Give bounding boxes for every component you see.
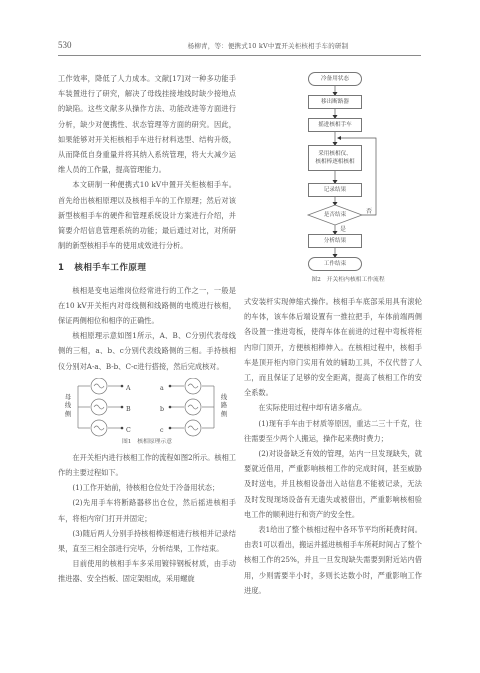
page-number: 530 bbox=[58, 40, 72, 50]
flow-node-decision: 是否结束 bbox=[316, 210, 354, 220]
paragraph: 在开关柜内进行核相工作的流程如图2所示。核相工作的主要过程如下。 bbox=[58, 450, 236, 480]
section-title: 核相手车工作原理 bbox=[74, 263, 146, 273]
flow-node-remove-breaker: 移出断路器 bbox=[308, 95, 362, 109]
section-number: 1 bbox=[58, 263, 64, 273]
flow-node-phase-check: 采用核相仪、 核相棒逐相核相 bbox=[308, 145, 362, 171]
paragraph: (3)随后两人分别手持核相棒逐相进行核相并记录结果，直至三相全部进行完毕，分析结… bbox=[58, 526, 236, 556]
running-title: 杨柳青，等：便携式10 kV中置开关柜核相手车的研制 bbox=[158, 41, 378, 50]
figure-2-caption: 图2 开关柜内核相工作流程 bbox=[278, 276, 418, 285]
row-b bbox=[78, 399, 214, 415]
yes-label: 是 bbox=[340, 224, 346, 233]
row-c bbox=[78, 420, 214, 436]
flow-node-analyze-results: 分析结果 bbox=[308, 234, 362, 248]
figure-1-phasing-principle: A B C a b c 母 线 侧 线 路 侧 图1 核相原理示意 bbox=[58, 378, 236, 450]
paragraph: 在实际使用过程中却有诸多痛点。 bbox=[244, 400, 422, 415]
line-phase-c: c bbox=[160, 423, 164, 438]
figure-1-caption: 图1 核相原理示意 bbox=[58, 438, 236, 447]
page-header: 530 杨柳青，等：便携式10 kV中置开关柜核相手车的研制 bbox=[58, 40, 421, 55]
paragraph: 表1给出了整个核相过程中各环节平均所耗费时间。由表1可以看出，搬运并摇进核相手车… bbox=[244, 522, 422, 598]
right-column: 式安装杆实现伸缩式操作。核相手车底部采用具有滚轮的车体，该车体后端设置有一推拉把… bbox=[244, 294, 422, 598]
document-page: 530 杨柳青，等：便携式10 kV中置开关柜核相手车的研制 工作效率，降低了人… bbox=[0, 0, 480, 673]
bus-phase-a: A bbox=[126, 381, 131, 396]
no-label: 否 bbox=[366, 206, 372, 215]
flow-node-record-results: 记录结果 bbox=[308, 183, 362, 197]
line-side-label: 线 路 侧 bbox=[220, 394, 228, 420]
line-phase-a: a bbox=[160, 381, 164, 396]
paragraph: 目前使用的核相手车多采用镀锌钢板材质，由手动推进器、安全挡板、固定架组成，采用螺… bbox=[58, 556, 236, 586]
line-phase-b: b bbox=[160, 402, 164, 417]
flow-node-end: 工作结束 bbox=[308, 257, 362, 271]
flow-node-start: 冷备用状态 bbox=[308, 72, 362, 86]
paragraph: 本文研制一种便携式10 kV中置开关柜核相手车。首先给出核相原理以及核相手车的工… bbox=[58, 177, 236, 253]
paragraph: 工作效率，降低了人力成本。文献[17]对一种多功能手车装置进行了研究，解决了母线… bbox=[58, 71, 236, 177]
phasing-diagram bbox=[58, 378, 236, 438]
paragraph: (1)现有手车由于材质等原因，重达二三十千克，往往需要至少两个人搬运，操作起来费… bbox=[244, 416, 422, 446]
bus-phase-b: B bbox=[126, 402, 131, 417]
bus-phase-c: C bbox=[126, 423, 131, 438]
paragraph: (2)先用手车将断路器移出仓位，然后摇进核相手车，将柜内帘门打开并固定； bbox=[58, 495, 236, 525]
paragraph: 核相是变电运维岗位经常进行的工作之一，一般是在10 kV开关柜内对母线侧和线路侧… bbox=[58, 283, 236, 329]
row-a bbox=[78, 378, 214, 394]
figure-2-flowchart: 冷备用状态 移出断路器 摇进核相手车 采用核相仪、 核相棒逐相核相 记录结果 是… bbox=[288, 70, 408, 290]
flow-node-rack-in-cart: 摇进核相手车 bbox=[308, 118, 362, 132]
paragraph: (1)工作开始前，待核相仓位处于冷备用状态； bbox=[58, 480, 236, 495]
left-column: 工作效率，降低了人力成本。文献[17]对一种多功能手车装置进行了研究，解决了母线… bbox=[58, 71, 236, 587]
paragraph: 式安装杆实现伸缩式操作。核相手车底部采用具有滚轮的车体，该车体后端设置有一推拉把… bbox=[244, 294, 422, 400]
header-rule bbox=[58, 55, 421, 56]
paragraph: 核相原理示意如图1所示，A、B、C分别代表母线侧的三相，a、b、c分别代表线路侧… bbox=[58, 328, 236, 374]
bus-side-label: 母 线 侧 bbox=[64, 394, 72, 420]
paragraph: (2)对设备缺乏有效的管理，站内一旦发现缺失，就要就近借用，严重影响核相工作的完… bbox=[244, 446, 422, 522]
section-heading: 1核相手车工作原理 bbox=[58, 261, 236, 276]
